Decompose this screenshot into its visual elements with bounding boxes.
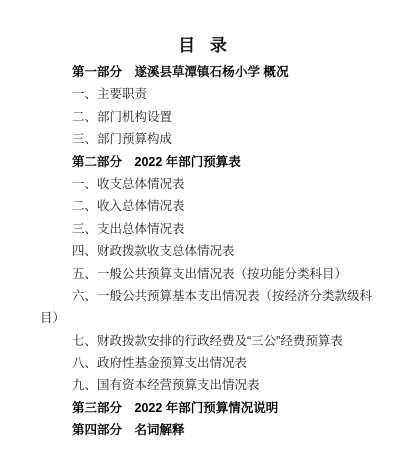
toc-item: 五、一般公共预算支出情况表（按功能分类科目） xyxy=(0,263,410,285)
toc-text: 第二部分 2022 年部门预算表 xyxy=(72,155,241,169)
toc-item: 八、政府性基金预算支出情况表 xyxy=(0,352,410,374)
toc-item: 三、支出总体情况表 xyxy=(0,218,410,240)
toc-text: 第四部分 名词解释 xyxy=(72,423,185,437)
toc-page: 目 录 第一部分 遂溪县草潭镇石杨小学 概况一、主要职责二、部门机构设置三、部门… xyxy=(0,31,410,468)
toc-item: 二、部门机构设置 xyxy=(0,106,410,128)
toc-text: 二、收入总体情况表 xyxy=(72,199,185,213)
toc-item: 四、财政拨款收支总体情况表 xyxy=(0,240,410,262)
toc-text: 六、一般公共预算基本支出情况表（按经济分类款级科 xyxy=(72,289,372,303)
toc-text: 第一部分 xyxy=(72,65,122,79)
toc-item: 二、收入总体情况表 xyxy=(0,195,410,217)
toc-text: 遂溪县草潭镇 xyxy=(122,65,210,79)
toc-item: 九、国有资本经营预算支出情况表 xyxy=(0,374,410,396)
toc-text: 八、政府性基金预算支出情况表 xyxy=(72,356,247,370)
toc-item: 一、收支总体情况表 xyxy=(0,173,410,195)
toc-item: 七、财政拨款安排的行政经费及“三公”经费预算表 xyxy=(0,330,410,352)
toc-text: 小学 xyxy=(235,65,263,79)
toc-text: 三、支出总体情况表 xyxy=(72,222,185,236)
toc-section-heading: 第四部分 名词解释 xyxy=(0,419,410,441)
toc-list: 第一部分 遂溪县草潭镇石杨小学 概况一、主要职责二、部门机构设置三、部门预算构成… xyxy=(0,61,410,442)
page-title: 目 录 xyxy=(0,31,410,56)
toc-text: 七、财政拨款安排的行政经费及“三公”经费预算表 xyxy=(72,334,343,348)
toc-section-heading: 第三部分 2022 年部门预算情况说明 xyxy=(0,397,410,419)
toc-item: 一、主要职责 xyxy=(0,83,410,105)
toc-item: 三、部门预算构成 xyxy=(0,128,410,150)
toc-section-heading: 第二部分 2022 年部门预算表 xyxy=(0,151,410,173)
toc-text: 五、一般公共预算支出情况表（按功能分类科目） xyxy=(72,267,347,281)
toc-text: 概况 xyxy=(263,65,288,79)
toc-item-continuation: 目） xyxy=(0,307,410,329)
toc-text: 二、部门机构设置 xyxy=(72,110,172,124)
toc-item: 六、一般公共预算基本支出情况表（按经济分类款级科 xyxy=(0,285,410,307)
toc-text: 第三部分 2022 年部门预算情况说明 xyxy=(72,401,278,415)
toc-text: 四、财政拨款收支总体情况表 xyxy=(72,244,235,258)
toc-text: 九、国有资本经营预算支出情况表 xyxy=(72,378,260,392)
toc-text: 三、部门预算构成 xyxy=(72,132,172,146)
toc-text: 石杨 xyxy=(210,65,235,79)
toc-section-heading: 第一部分 遂溪县草潭镇石杨小学 概况 xyxy=(0,61,410,83)
toc-text: 目） xyxy=(40,311,65,325)
toc-text: 一、收支总体情况表 xyxy=(72,177,185,191)
toc-text: 一、主要职责 xyxy=(72,87,147,101)
